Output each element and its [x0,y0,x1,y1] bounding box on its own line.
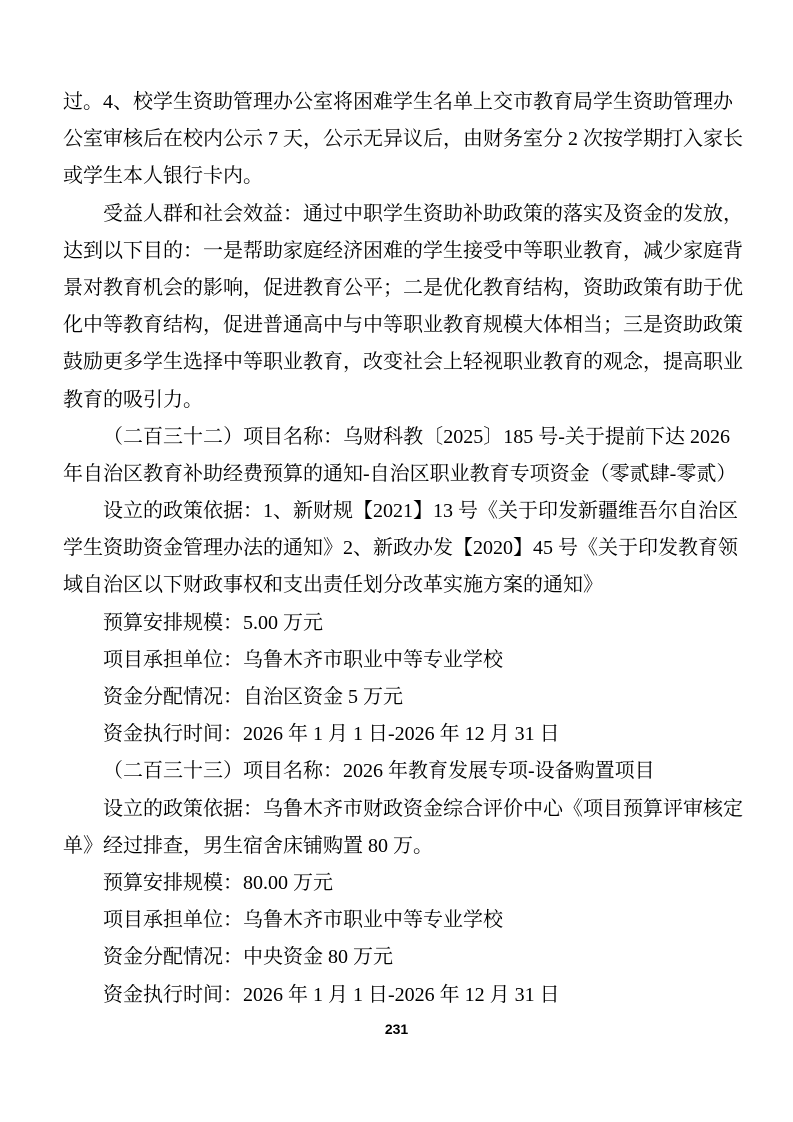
paragraph: 资金分配情况：自治区资金 5 万元 [63,679,730,716]
paragraph: 设立的政策依据：1、新财规【2021】13 号《关于印发新疆维吾尔自治区 学生资… [63,493,730,605]
doc-line: 景对教育机会的影响，促进教育公平；二是优化教育结构，资助政策有助于优 [63,270,730,307]
paragraph: 过。4、校学生资助管理办公室将困难学生名单上交市教育局学生资助管理办 公室审核后… [63,84,730,196]
paragraph: 资金分配情况：中央资金 80 万元 [63,939,730,976]
paragraph: 预算安排规模：80.00 万元 [63,865,730,902]
doc-line: 或学生本人银行卡内。 [63,158,730,195]
doc-line: 单》经过排查，男生宿舍床铺购置 80 万。 [63,828,730,865]
doc-line: 设立的政策依据：乌鲁木齐市财政资金综合评价中心《项目预算评审核定 [63,791,730,828]
doc-line: （二百三十三）项目名称：2026 年教育发展专项-设备购置项目 [63,753,730,790]
doc-line: 鼓励更多学生选择中等职业教育，改变社会上轻视职业教育的观念，提高职业 [63,344,730,381]
doc-line: 预算安排规模：80.00 万元 [63,865,730,902]
paragraph: 项目承担单位：乌鲁木齐市职业中等专业学校 [63,642,730,679]
paragraph: 设立的政策依据：乌鲁木齐市财政资金综合评价中心《项目预算评审核定 单》经过排查，… [63,791,730,865]
doc-line: 公室审核后在校内公示 7 天，公示无异议后，由财务室分 2 次按学期打入家长 [63,121,730,158]
doc-line: 资金分配情况：自治区资金 5 万元 [63,679,730,716]
doc-line: 项目承担单位：乌鲁木齐市职业中等专业学校 [63,642,730,679]
paragraph: （二百三十三）项目名称：2026 年教育发展专项-设备购置项目 [63,753,730,790]
doc-line: 资金分配情况：中央资金 80 万元 [63,939,730,976]
paragraph: 资金执行时间：2026 年 1 月 1 日-2026 年 12 月 31 日 [63,716,730,753]
paragraph: （二百三十二）项目名称：乌财科教〔2025〕185 号-关于提前下达 2026 … [63,419,730,493]
paragraph: 项目承担单位：乌鲁木齐市职业中等专业学校 [63,902,730,939]
doc-line: 过。4、校学生资助管理办公室将困难学生名单上交市教育局学生资助管理办 [63,84,730,121]
document-page: 过。4、校学生资助管理办公室将困难学生名单上交市教育局学生资助管理办 公室审核后… [0,0,793,1122]
doc-line: 化中等教育结构，促进普通高中与中等职业教育规模大体相当；三是资助政策 [63,307,730,344]
doc-line: 设立的政策依据：1、新财规【2021】13 号《关于印发新疆维吾尔自治区 [63,493,730,530]
doc-line: 资金执行时间：2026 年 1 月 1 日-2026 年 12 月 31 日 [63,977,730,1014]
paragraph: 预算安排规模：5.00 万元 [63,605,730,642]
doc-line: 预算安排规模：5.00 万元 [63,605,730,642]
doc-line: 项目承担单位：乌鲁木齐市职业中等专业学校 [63,902,730,939]
paragraph: 资金执行时间：2026 年 1 月 1 日-2026 年 12 月 31 日 [63,977,730,1014]
paragraph: 受益人群和社会效益：通过中职学生资助补助政策的落实及资金的发放， 达到以下目的：… [63,196,730,419]
doc-line: 受益人群和社会效益：通过中职学生资助补助政策的落实及资金的发放， [63,196,730,233]
page-number: 231 [0,1021,793,1037]
doc-line: 资金执行时间：2026 年 1 月 1 日-2026 年 12 月 31 日 [63,716,730,753]
doc-line: 年自治区教育补助经费预算的通知-自治区职业教育专项资金（零贰肆-零贰） [63,456,730,493]
doc-line: 域自治区以下财政事权和支出责任划分改革实施方案的通知》 [63,567,730,604]
document-content: 过。4、校学生资助管理办公室将困难学生名单上交市教育局学生资助管理办 公室审核后… [63,84,730,1014]
doc-line: （二百三十二）项目名称：乌财科教〔2025〕185 号-关于提前下达 2026 [63,419,730,456]
doc-line: 教育的吸引力。 [63,382,730,419]
doc-line: 达到以下目的：一是帮助家庭经济困难的学生接受中等职业教育，减少家庭背 [63,233,730,270]
doc-line: 学生资助资金管理办法的通知》2、新政办发【2020】45 号《关于印发教育领 [63,530,730,567]
